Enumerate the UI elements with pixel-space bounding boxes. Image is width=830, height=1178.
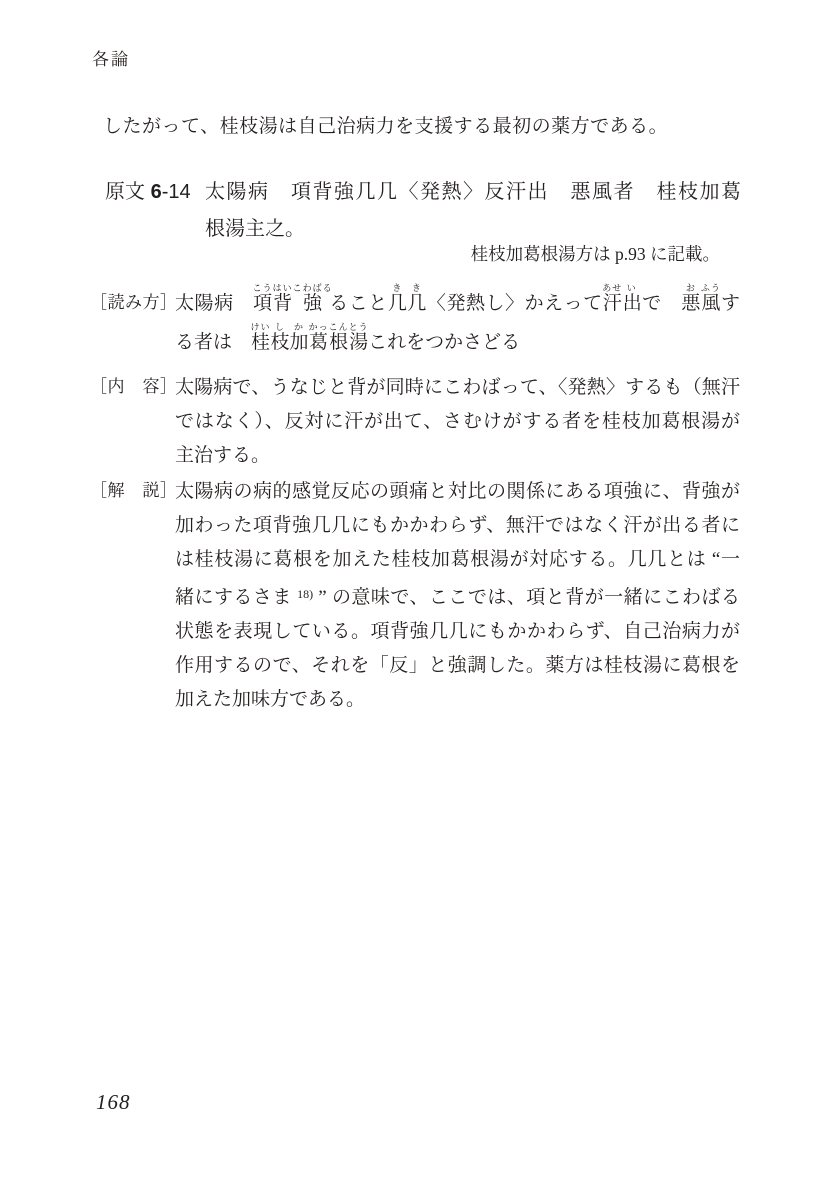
furigana-ruby: 悪お (681, 293, 701, 314)
section-kaisetsu: ［解 説］ 太陽病の病的感覚反応の頭痛と対比の関係にある項強に、背強が加わった項… (90, 475, 740, 717)
text-line: る者は 桂けい枝し加か葛根湯かっこんとうこれをつかさどる (175, 322, 740, 361)
text-line: 状態を表現している。項背強几几にもかかわらず、自己治病力が (175, 615, 740, 649)
text-line: 緒にするさま 18) ” の意味で、ここでは、項と背が一緒にこわばる (175, 577, 740, 615)
reference-note: 桂枝加葛根湯方は p.93 に記載。 (175, 241, 720, 266)
section-content-naiyou: 太陽病で、うなじと背が同時にこわばって、〈発熱〉するも（無汗ではなく）、反対に汗… (175, 371, 740, 473)
furigana-ruby: 几き (407, 293, 427, 314)
intro-paragraph: したがって、桂枝湯は自己治病力を支援する最初の薬方である。 (103, 111, 668, 138)
reference-number: 18) (297, 587, 313, 601)
page-number: 168 (96, 1090, 131, 1115)
sections: ［読み方］ 太陽病 項背こうはい強こわばるること几き几き〈発熱し〉かえって汗あせ… (90, 281, 740, 717)
furigana-ruby: 汗あせ (603, 293, 623, 314)
section-yomikata: ［読み方］ 太陽病 項背こうはい強こわばるること几き几き〈発熱し〉かえって汗あせ… (90, 281, 740, 361)
genbun-section-number: -14 (162, 181, 191, 203)
furigana-ruby: 項背こうはい (253, 293, 293, 314)
genbun-heading: 原文 6-14 (105, 174, 205, 248)
section-label-yomikata: ［読み方］ (90, 281, 175, 361)
section-naiyou: ［内 容］ 太陽病で、うなじと背が同時にこわばって、〈発熱〉するも（無汗ではなく… (90, 371, 740, 473)
text-line: 太陽病で、うなじと背が同時にこわばって、〈発熱〉するも（無汗 (175, 371, 740, 405)
genbun-chapter-number: 6 (151, 181, 162, 203)
text-line: 太陽病 項背強几几〈発熱〉反汗出 悪風者 桂枝加葛 (205, 174, 741, 211)
section-label-naiyou: ［内 容］ (90, 371, 175, 473)
section-content-yomikata: 太陽病 項背こうはい強こわばるること几き几き〈発熱し〉かえって汗あせ出いで 悪お… (175, 281, 740, 361)
furigana-ruby: 葛根湯かっこんとう (309, 332, 369, 353)
genbun-block: 原文 6-14 太陽病 項背強几几〈発熱〉反汗出 悪風者 桂枝加葛根湯主之。 (105, 174, 741, 248)
text-line: 作用するので、それを「反」と強調した。薬方は桂枝湯に葛根を (175, 649, 740, 683)
text-line: 太陽病の病的感覚反応の頭痛と対比の関係にある項強に、背強が (175, 475, 740, 509)
furigana-ruby: 桂けい (251, 332, 271, 353)
section-label-kaisetsu: ［解 説］ (90, 475, 175, 717)
section-content-kaisetsu: 太陽病の病的感覚反応の頭痛と対比の関係にある項強に、背強が加わった項背強几几にも… (175, 475, 740, 717)
text-line: 加わった項背強几几にもかかわらず、無汗ではなく汗が出る者に (175, 509, 740, 543)
genbun-heading-word: 原文 (105, 181, 145, 203)
text-line: は桂枝湯に葛根を加えた桂枝加葛根湯が対応する。几几とは “一 (175, 543, 740, 577)
text-line: 加えた加味方である。 (175, 683, 740, 717)
furigana-ruby: 風ふう (701, 293, 721, 314)
furigana-ruby: 枝し (271, 332, 290, 353)
furigana-ruby: 加か (290, 332, 309, 353)
furigana-ruby: 強こわばる (293, 293, 329, 314)
text-line: ではなく）、反対に汗が出て、さむけがする者を桂枝加葛根湯が (175, 405, 740, 439)
running-head: 各論 (92, 45, 130, 70)
text-line: 主治する。 (175, 439, 740, 473)
text-line: 太陽病 項背こうはい強こわばるること几き几き〈発熱し〉かえって汗あせ出いで 悪お… (175, 283, 740, 322)
book-page: 各論 したがって、桂枝湯は自己治病力を支援する最初の薬方である。 原文 6-14… (0, 0, 830, 1178)
furigana-ruby: 几き (388, 293, 408, 314)
furigana-ruby: 出い (622, 293, 642, 314)
genbun-text: 太陽病 項背強几几〈発熱〉反汗出 悪風者 桂枝加葛根湯主之。 (205, 174, 741, 248)
